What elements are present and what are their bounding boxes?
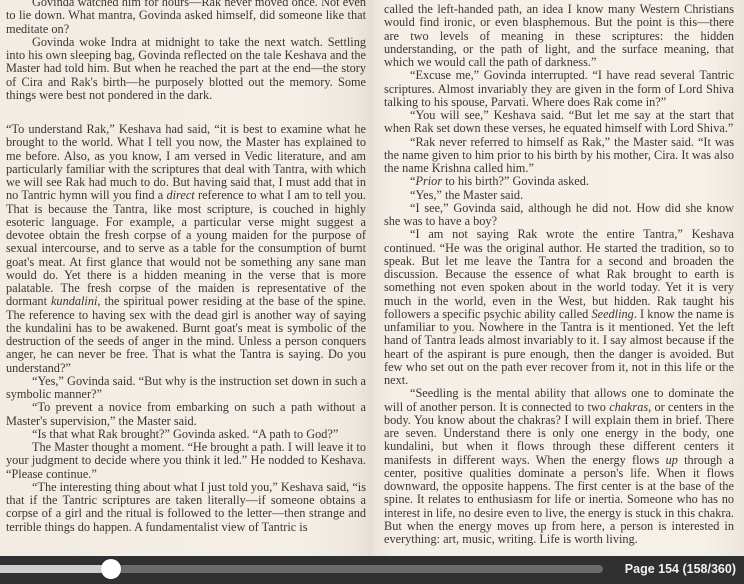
text-run: “Is that what Rak brought?” Govinda aske… bbox=[32, 427, 338, 441]
paragraph: “You will see,” Keshava said. “But let m… bbox=[384, 109, 734, 136]
paragraph: “Prior to his birth?” Govinda asked. bbox=[384, 175, 734, 188]
italic-text: Prior bbox=[415, 174, 442, 188]
paragraph: “To prevent a novice from embarking on s… bbox=[6, 401, 366, 428]
left-page[interactable]: Govinda watched him for hours—Rak never … bbox=[0, 0, 372, 556]
slider-thumb-handle[interactable] bbox=[101, 559, 121, 579]
text-run: called the left-handed path, an idea I k… bbox=[384, 2, 734, 69]
navigation-bar: Page 154 (158/360) bbox=[0, 556, 744, 584]
paragraph: “Is that what Rak brought?” Govinda aske… bbox=[6, 428, 366, 441]
ebook-reader: Govinda watched him for hours—Rak never … bbox=[0, 0, 744, 584]
text-run: “To prevent a novice from embarking on s… bbox=[6, 400, 366, 427]
paragraph: “I am not saying Rak wrote the entire Ta… bbox=[384, 228, 734, 387]
text-run: through a center, positive qualities dom… bbox=[384, 453, 734, 547]
paragraph: “Yes,” Govinda said. “But why is the ins… bbox=[6, 375, 366, 402]
text-run: “Rak never referred to himself as Rak,” … bbox=[384, 135, 734, 176]
text-run: “Excuse me,” Govinda interrupted. “I hav… bbox=[384, 68, 734, 109]
paragraph: “Rak never referred to himself as Rak,” … bbox=[384, 136, 734, 176]
page-slider[interactable] bbox=[0, 556, 590, 584]
italic-text: kundalini bbox=[51, 294, 97, 308]
paragraph: The Master thought a moment. “He brought… bbox=[6, 441, 366, 481]
right-page[interactable]: called the left-handed path, an idea I k… bbox=[372, 0, 744, 556]
italic-text: chakras bbox=[609, 400, 648, 414]
slider-progress-fill bbox=[0, 565, 110, 573]
italic-text: Seedling bbox=[591, 307, 633, 321]
text-run: “Yes,” the Master said. bbox=[410, 188, 523, 202]
right-page-text: called the left-handed path, an idea I k… bbox=[384, 3, 734, 546]
italic-text: up bbox=[666, 453, 678, 467]
left-page-text: Govinda watched him for hours—Rak never … bbox=[6, 0, 366, 534]
text-run: “I see,” Govinda said, although he did n… bbox=[384, 201, 734, 228]
paragraph: “Yes,” the Master said. bbox=[384, 189, 734, 202]
text-run: “Yes,” Govinda said. “But why is the ins… bbox=[6, 374, 366, 401]
paragraph: “Seedling is the mental ability that all… bbox=[384, 387, 734, 546]
paragraph: “The interesting thing about what I just… bbox=[6, 481, 366, 534]
section-break bbox=[6, 102, 366, 123]
paragraph: Govinda woke Indra at midnight to take t… bbox=[6, 36, 366, 102]
page-indicator: Page 154 (158/360) bbox=[625, 562, 736, 576]
paragraph: “To understand Rak,” Keshava had said, “… bbox=[6, 123, 366, 375]
text-run: to his birth?” Govinda asked. bbox=[442, 174, 589, 188]
text-run: reference to what I am to tell you. That… bbox=[6, 188, 366, 308]
paragraph: called the left-handed path, an idea I k… bbox=[384, 3, 734, 69]
paragraph: “I see,” Govinda said, although he did n… bbox=[384, 202, 734, 229]
paragraph: “Excuse me,” Govinda interrupted. “I hav… bbox=[384, 69, 734, 109]
text-run: Govinda watched him for hours—Rak never … bbox=[6, 0, 366, 36]
text-run: “You will see,” Keshava said. “But let m… bbox=[384, 108, 734, 135]
text-run: “The interesting thing about what I just… bbox=[6, 480, 366, 534]
paragraph: Govinda watched him for hours—Rak never … bbox=[6, 0, 366, 36]
page-spread: Govinda watched him for hours—Rak never … bbox=[0, 0, 744, 556]
italic-text: direct bbox=[166, 188, 194, 202]
text-run: The Master thought a moment. “He brought… bbox=[6, 440, 366, 481]
text-run: Govinda woke Indra at midnight to take t… bbox=[6, 35, 366, 102]
